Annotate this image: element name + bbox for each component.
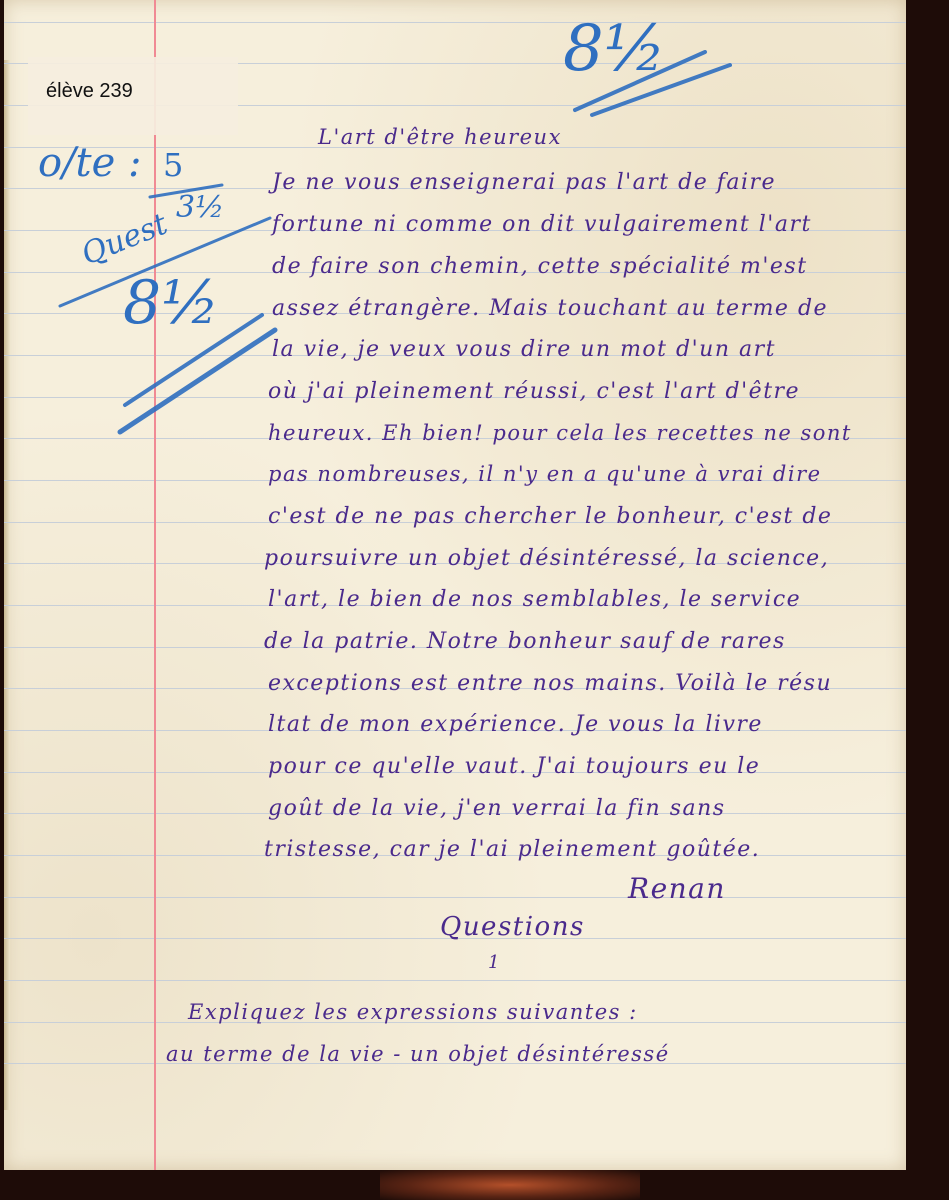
essay-line: ltat de mon expérience. Je vous la livre	[268, 712, 763, 737]
essay-line: Je ne vous enseignerai pas l'art de fair…	[272, 170, 776, 195]
essay-line: où j'ai pleinement réussi, c'est l'art d…	[268, 379, 800, 404]
essay-line: pas nombreuses, il n'y en a qu'une à vra…	[268, 462, 822, 486]
question-items: au terme de la vie - un objet désintéres…	[166, 1042, 670, 1066]
essay-line: tristesse, car je l'ai pleinement goûtée…	[264, 837, 760, 862]
essay-title: L'art d'être heureux	[318, 125, 562, 149]
essay-line: de faire son chemin, cette spécialité m'…	[272, 254, 808, 279]
essay-line: c'est de ne pas chercher le bonheur, c'e…	[268, 504, 832, 529]
essay-line: assez étrangère. Mais touchant au terme …	[272, 296, 828, 321]
essay-author: Renan	[628, 872, 726, 905]
essay-line: pour ce qu'elle vaut. J'ai toujours eu l…	[268, 754, 760, 779]
essay-line: goût de la vie, j'en verrai la fin sans	[268, 796, 726, 821]
essay-line: heureux. Eh bien! pour cela les recettes…	[268, 421, 852, 445]
question-number: 1	[488, 952, 501, 973]
essay-line: l'art, le bien de nos semblables, le ser…	[268, 587, 801, 612]
questions-heading: Questions	[440, 912, 585, 942]
essay-line: exceptions est entre nos mains. Voilà le…	[268, 671, 832, 696]
essay-line: fortune ni comme on dit vulgairement l'a…	[272, 212, 812, 237]
essay-line: de la patrie. Notre bonheur sauf de rare…	[264, 629, 786, 654]
question-prompt: Expliquez les expressions suivantes :	[188, 1000, 638, 1024]
essay-line: poursuivre un objet désintéressé, la sci…	[264, 546, 829, 571]
essay-line: la vie, je veux vous dire un mot d'un ar…	[272, 337, 776, 362]
